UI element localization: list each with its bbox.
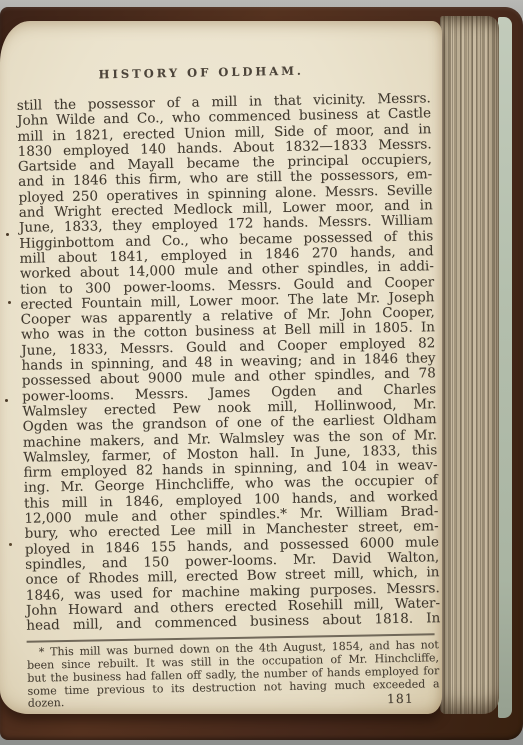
endpaper-strip bbox=[498, 17, 512, 718]
book-page: HISTORY OF OLDHAM. still the possessor o… bbox=[0, 21, 442, 714]
body-text: still the possessor of a mill in that vi… bbox=[17, 91, 441, 634]
running-header: HISTORY OF OLDHAM. bbox=[0, 62, 408, 84]
book-cover: HISTORY OF OLDHAM. still the possessor o… bbox=[0, 7, 523, 740]
page-content: HISTORY OF OLDHAM. still the possessor o… bbox=[16, 61, 442, 713]
fore-edge-pages bbox=[440, 16, 499, 714]
book-photo: HISTORY OF OLDHAM. still the possessor o… bbox=[0, 0, 523, 745]
page-speckles bbox=[6, 233, 9, 236]
